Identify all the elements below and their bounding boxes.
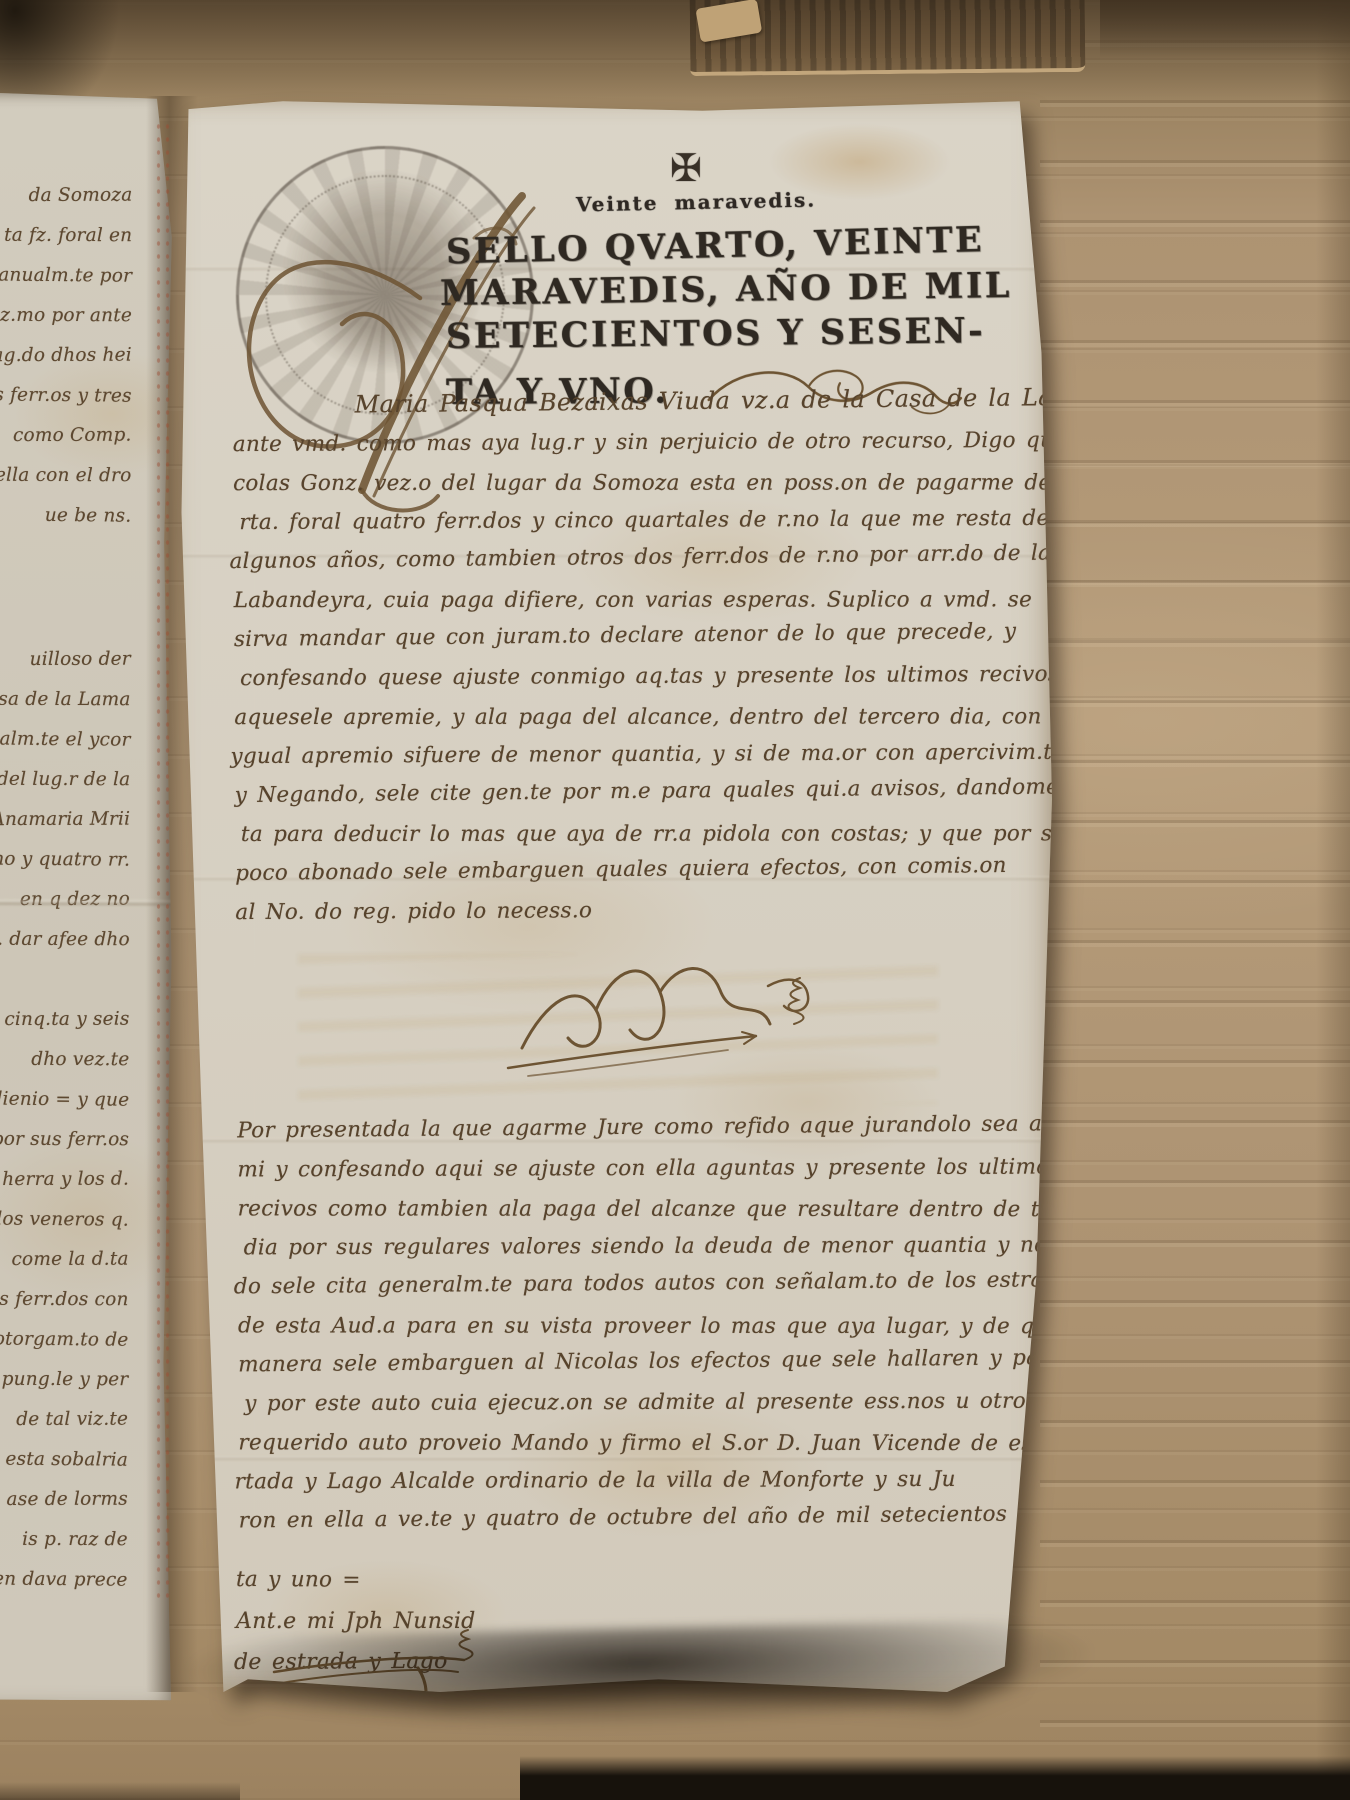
decree-paragraph: Por presentada la que agarme Jure como r… <box>237 1109 1040 1541</box>
manuscript-fragment: dienio = y que <box>0 1079 129 1120</box>
manuscript-fragment: is p. raz de <box>0 1520 128 1561</box>
manuscript-fragment: cinq.ta y seis <box>0 1000 130 1041</box>
tax-value-line: Veinte maravedis. <box>576 187 817 216</box>
decree-line: manera sele embarguen al Nicolas los efe… <box>238 1338 1040 1384</box>
petition-line: confesando quese ajuste conmigo aq.tas y… <box>240 655 1034 698</box>
decree-closing-line: ta y uno = <box>236 1560 361 1600</box>
manuscript-fragment: ta fz. foral en <box>0 216 132 257</box>
manuscript-fragment: da Somoza <box>0 176 133 217</box>
manuscript-fragment: q pung.le y per <box>0 1360 128 1401</box>
petition-line: Maria Pasqua Bezaixas Viuda vz.a de la C… <box>354 378 1032 424</box>
manuscript-fragment: z.no y quatro rr. <box>0 839 130 880</box>
decree-line: recivos como tambien ala paga del alcanz… <box>238 1189 1040 1229</box>
manuscript-fragment: dho vez.te <box>0 1040 129 1081</box>
decree-line: do sele cita generalm.te para todos auto… <box>234 1260 1040 1306</box>
petition-line: aquesele apremie, y ala paga del alcance… <box>234 697 1034 737</box>
bottom-left-shade <box>0 1782 240 1800</box>
manuscript-fragment: Anamaria Mrii <box>0 800 130 841</box>
decree-line: mi y confesando aqui se ajuste con ella … <box>237 1148 1039 1190</box>
cardboard-top-right-shade <box>1100 0 1350 58</box>
manuscript-fragment: y esta sobalria <box>0 1439 128 1480</box>
decree-line: Por presentada la que agarme Jure como r… <box>237 1104 1039 1150</box>
decree-line: requerido auto proveio Mando y firmo el … <box>238 1423 1040 1463</box>
petition-line: algunos años, como tambien otros dos fer… <box>229 534 1033 581</box>
manuscript-fragment: pag.do dhos hei <box>0 336 132 377</box>
manuscript-fragment: de tal viz.te <box>0 1400 128 1441</box>
manuscript-fragment: uilloso der <box>0 640 131 681</box>
cardboard-right-edge-shade <box>1316 0 1350 1800</box>
dark-bottom-band <box>520 1756 1350 1800</box>
petition-line: sirva mandar que con juram.to declare at… <box>234 612 1034 659</box>
maltese-cross-icon: ✠ <box>670 146 702 190</box>
petition-paragraph: Maria Pasqua Bezaixas Viuda vz.a de la C… <box>233 382 1036 932</box>
heading-line: MARAVEDIS, AÑO DE MIL <box>440 264 1007 316</box>
petition-line: colas Gonz. vez.o del lugar da Somoza es… <box>233 463 1033 503</box>
manuscript-fragment: del lug.r de la <box>0 760 130 801</box>
main-page-wrapper: ✠ Veinte maravedis. SELLO QVARTO, VEINTE… <box>178 98 1052 1692</box>
manuscript-fragment: ses ferr.dos con <box>0 1280 129 1321</box>
manuscript-fragment: en dava prece <box>0 1559 128 1600</box>
petition-line: al No. do reg. pido lo necess.o <box>235 889 1035 932</box>
manuscript-fragment: os ferr.os y tres <box>0 375 132 416</box>
manuscript-fragment: casa de la Lama <box>0 680 131 721</box>
manuscript-fragment: manualm.te por <box>0 255 132 296</box>
petition-line: y Negando, sele cite gen.te por m.e para… <box>235 768 1035 815</box>
manuscript-fragment: ase de lorms <box>0 1480 128 1521</box>
petitioner-rubric-flourish <box>498 936 828 1086</box>
manuscript-fragment: Anualm.te el ycor <box>0 719 131 760</box>
manuscript-fragment: como Comp. <box>0 416 132 457</box>
torn-cardboard-patch <box>690 0 1086 76</box>
manuscript-fragment: por sus ferr.os <box>0 1120 129 1161</box>
decree-line: ron en ella a ve.te y quatro de octubre … <box>239 1494 1041 1540</box>
manuscript-fragment: ue be ns. <box>0 495 131 536</box>
cardboard-ridges-right <box>1040 40 1350 1800</box>
manuscript-fragment: ella con el dro <box>0 456 132 497</box>
manuscript-fragment: hiz.mo por ante <box>0 296 132 337</box>
decree-line: y por este auto cuia ejecuz.on se admite… <box>244 1382 1040 1424</box>
manuscript-fragment: herra y los d. <box>0 1160 129 1201</box>
foxing-speckles <box>154 120 172 1600</box>
photo-scene: da Somoza ta fz. foral en manualm.te por… <box>0 0 1350 1800</box>
manuscript-fragment: req. dar afee dho <box>0 920 130 961</box>
cardboard-tab <box>695 0 762 43</box>
main-manuscript-page: ✠ Veinte maravedis. SELLO QVARTO, VEINTE… <box>178 98 1052 1692</box>
manuscript-fragment: el otorgam.to de <box>0 1319 129 1360</box>
manuscript-fragment: los veneros q. <box>0 1199 129 1240</box>
manuscript-fragment: come la d.ta <box>0 1240 129 1281</box>
petition-line: poco abonado sele embarguen quales quier… <box>235 846 1035 893</box>
page-bottom-shadow <box>189 1619 1091 1738</box>
heading-line: SETECIENTOS Y SESEN- <box>446 309 1006 359</box>
petition-line: ante vmd. como mas aya lug.r y sin perju… <box>233 421 1033 464</box>
